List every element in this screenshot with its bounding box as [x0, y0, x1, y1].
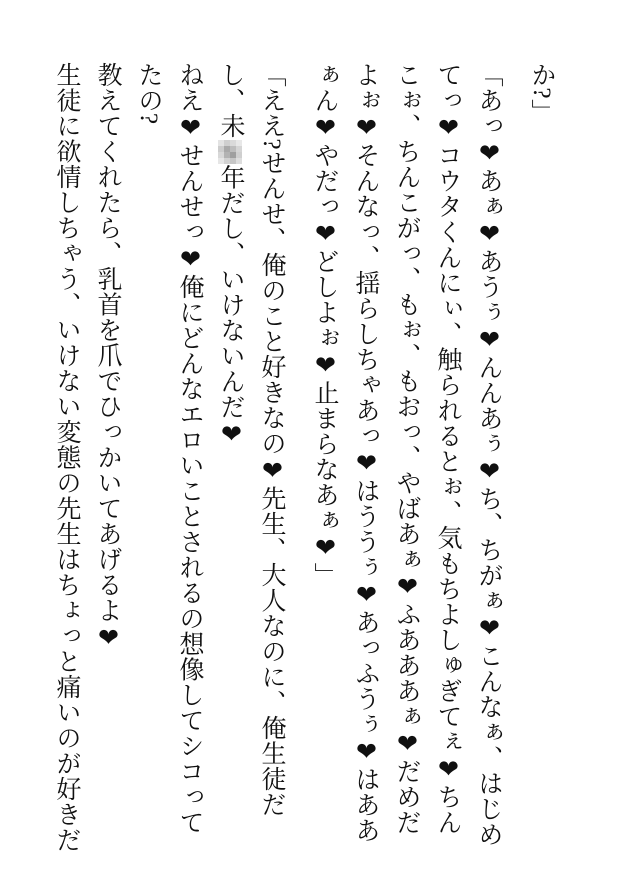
paragraph-dialogue-end: か?」: [521, 62, 562, 860]
paragraph-question: ねえ❤せんせっ❤俺にどんなエロいことされるの想像してシコってたの?: [128, 62, 210, 860]
censor-mosaic-icon: [218, 140, 242, 164]
paragraph-dialogue-moan: 「あっ❤あぁ❤あうぅ❤んんあぅ❤ち、ちがぁ❤こんなぁ、はじめてっ❤コウタくんにぃ…: [304, 62, 509, 860]
vertical-text-block: か?」 「あっ❤あぁ❤あうぅ❤んんあぅ❤ち、ちがぁ❤こんなぁ、はじめてっ❤コウタ…: [46, 62, 562, 860]
paragraph-dialogue-reply: 「ええ?せんせ、俺のこと好きなの❤先生、大人なのに、俺生徒だし、未: [210, 62, 292, 860]
paragraph-narration: 生徒に欲情しちゃう、いけない変態の先生はちょっと痛いのが好きだ: [46, 62, 87, 860]
book-page: か?」 「あっ❤あぁ❤あうぅ❤んんあぅ❤ち、ちがぁ❤こんなぁ、はじめてっ❤コウタ…: [0, 0, 631, 890]
paragraph-offer: 教えてくれたら、乳首を爪でひっかいてあげるよ❤: [87, 62, 128, 860]
paragraph-reply-text-after: 年だし、いけないんだ❤: [217, 165, 244, 450]
